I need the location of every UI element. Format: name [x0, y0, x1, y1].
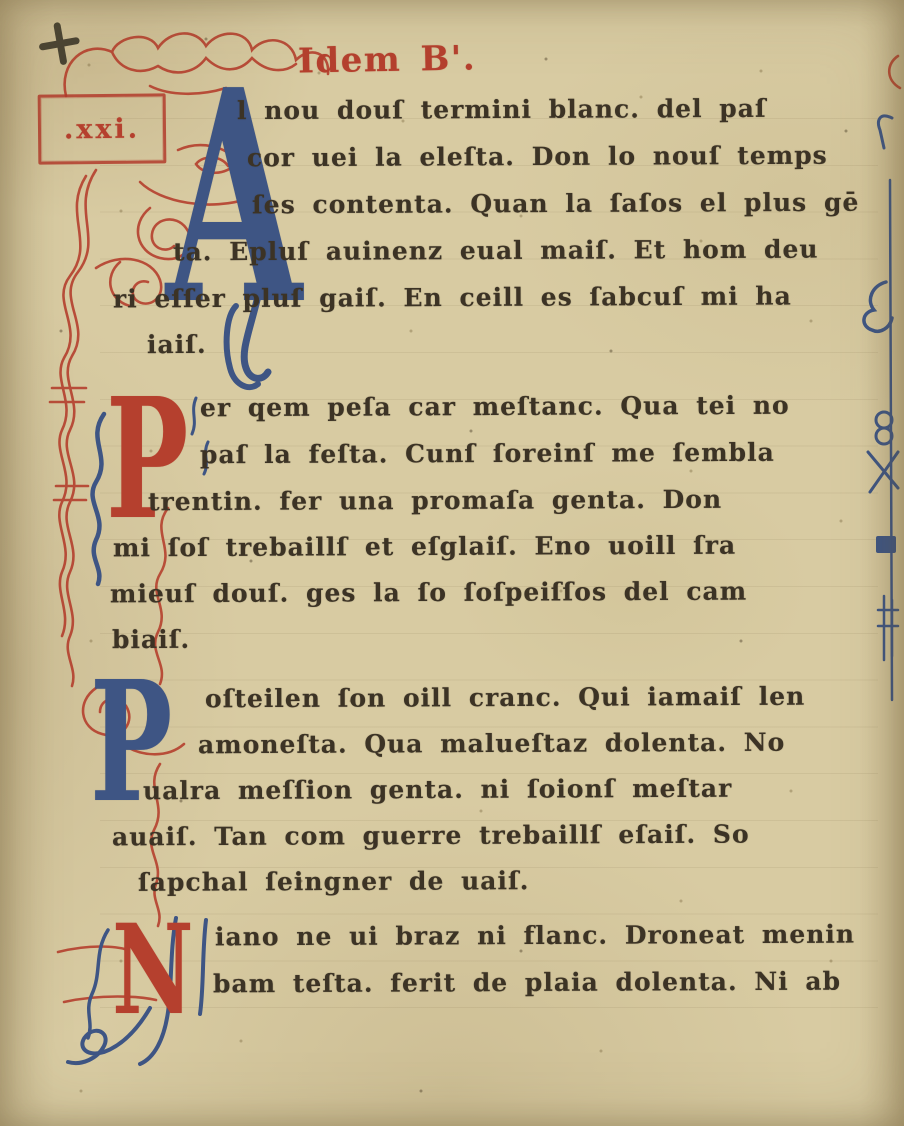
text-line: mieuſ douſ. ges la ſo ſoſpeiſſos del cam	[110, 578, 747, 608]
song-number-box: .xxi.	[38, 93, 167, 164]
text-line: bam teſta. ferit de plaia dolenta. Ni ab	[213, 968, 841, 998]
text-line: auaiſ. Tan com guerre trebaillſ eſaiſ. S…	[112, 821, 750, 851]
initial-N: N	[112, 909, 194, 1033]
initial-P-red: P	[106, 377, 188, 543]
text-line: ſapchal ſeingner de uaiſ.	[138, 867, 530, 896]
manuscript-page: Idem B'. .xxi. A l nou douſ termini blan…	[0, 0, 904, 1126]
text-line: ſes contenta. Quan la ſaſos el plus gē	[252, 189, 859, 219]
text-line: er qem peſa car meſtanc. Qua tei no	[200, 392, 790, 422]
text-line: oſteilen ſon oill cranc. Qui iamaiſ len	[205, 683, 805, 713]
text-line: paſ la feſta. Cunſ ſoreinſ me ſembla	[200, 439, 775, 469]
text-line: trentin. fer una promaſa genta. Don	[148, 486, 722, 516]
text-line: iano ne ui braz ni flanc. Droneat menin	[215, 921, 855, 951]
right-edge-blue-fill	[876, 536, 896, 553]
song-number: .xxi.	[64, 113, 141, 145]
text-line: ri eſſer pluſ gaiſ. En ceill es ſabcuſ m…	[113, 283, 792, 313]
text-line: ta. Epluſ auinenz eual maiſ. Et hom deu	[173, 236, 819, 266]
text-line: iaiſ.	[147, 331, 207, 359]
text-line: cor uei la eleſta. Don lo nouſ temps	[247, 142, 828, 172]
text-line: l nou douſ termini blanc. del paſ	[237, 95, 767, 125]
text-line: mi ſoſ trebaillſ et eſglaiſ. Eno uoill ſ…	[113, 532, 736, 562]
right-edge-blue-penwork	[864, 116, 898, 700]
text-line: ualra meſſion genta. ni ſoionſ meſtar	[143, 775, 732, 805]
rubric: Idem B'.	[298, 38, 477, 81]
text-line: amoneſta. Qua malueſtaz dolenta. No	[198, 729, 785, 759]
